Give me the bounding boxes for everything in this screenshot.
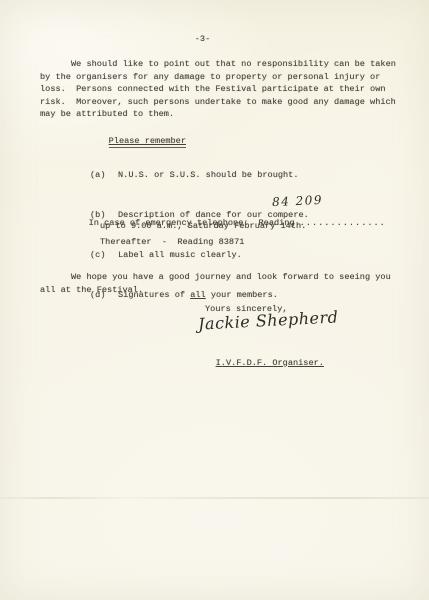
scanned-letter-page: -3- We should like to point out that no … xyxy=(0,0,429,600)
list-item-label: (a) xyxy=(90,168,118,183)
list-item-text: Label all music clearly. xyxy=(118,248,242,263)
list-item-label: (c) xyxy=(90,248,118,263)
emergency-thereafter-line: Thereafter - Reading 83871 xyxy=(100,236,244,249)
emergency-hours-line: up to 9:00 a.m., Saturday February 14th. xyxy=(100,220,306,233)
list-item-text: N.U.S. or S.U.S. should be brought. xyxy=(118,168,299,183)
list-item: (c) Label all music clearly. xyxy=(90,248,309,263)
page-number: -3- xyxy=(0,33,417,46)
closing-paragraph: We hope you have a good journey and look… xyxy=(40,271,406,296)
paper-crease xyxy=(0,497,429,499)
signer-title-text: I.V.F.D.F. Organiser. xyxy=(216,358,324,368)
liability-paragraph: We should like to point out that no resp… xyxy=(40,58,406,121)
signer-title: I.V.F.D.F. Organiser. xyxy=(195,344,324,382)
handwritten-phone-number: 84 209 xyxy=(272,193,324,209)
list-item: (a) N.U.S. or S.U.S. should be brought. xyxy=(90,168,309,183)
dotted-fill-line: .............. xyxy=(300,218,386,228)
